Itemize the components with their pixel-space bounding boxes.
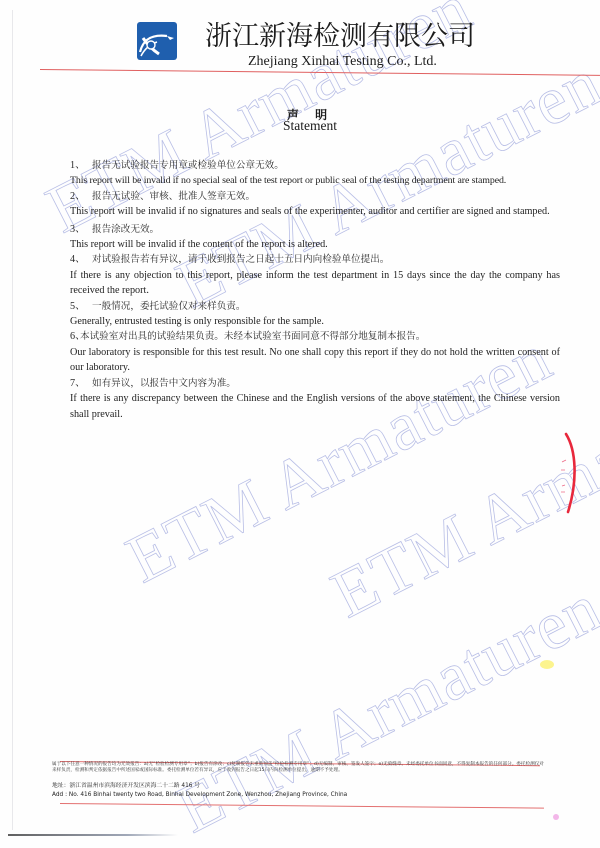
item-number: 5、 (70, 299, 92, 314)
statement-item: 6、本试验室对出具的试验结果负责。未经本试验室书面同意不得部分地复制本报告。 O… (70, 329, 560, 375)
document-page: ETM Armaturen ETM Armaturen ETM Armature… (0, 0, 600, 848)
signature-mark-icon (556, 430, 586, 520)
item-number: 4、 (70, 252, 92, 267)
statement-item: 5、一般情况，委托试验仅对来样负责。 Generally, entrusted … (70, 299, 560, 330)
item-text-cn: 对试验报告若有异议，请于收到报告之日起十五日内向检验单位提出。 (92, 254, 389, 265)
item-text-en: This report will be invalid if no specia… (70, 173, 560, 188)
scan-speck (553, 814, 559, 820)
item-text-cn: 本试验室对出具的试验结果负责。未经本试验室书面同意不得部分地复制本报告。 (80, 331, 425, 342)
statement-item: 1、报告无试验报告专用章或检验单位公章无效。 This report will … (70, 158, 560, 189)
address-en: No. 416 Binhai twenty two Road, Binhai D… (69, 792, 347, 798)
footer-validity-note: 属于以下任意一种情况的报告均为无效报告：a)无“检验检测专用章”；b)报告有涂改… (52, 762, 547, 775)
address-cn: 浙江省温州市滨海经济开发区滨海二十二路 416 号 (69, 783, 200, 789)
statement-item: 2、报告无试验、审核、批准人签章无效。 This report will be … (70, 189, 560, 220)
header-divider (40, 69, 600, 76)
item-text-en: Generally, entrusted testing is only res… (70, 314, 560, 329)
scan-edge-mark (8, 834, 178, 836)
item-number: 7、 (70, 376, 92, 391)
statement-item: 4、对试验报告若有异议，请于收到报告之日起十五日内向检验单位提出。 If the… (70, 252, 560, 298)
item-number: 3、 (70, 222, 92, 237)
address-cn-label: 地址： (52, 783, 69, 789)
address-en-label: Add : (52, 792, 67, 798)
item-text-en: If there is any objection to this report… (70, 268, 560, 299)
statement-list: 1、报告无试验报告专用章或检验单位公章无效。 This report will … (70, 158, 560, 422)
item-number: 2、 (70, 189, 92, 204)
item-text-cn: 报告涂改无效。 (92, 224, 159, 235)
item-text-cn: 一般情况，委托试验仅对来样负责。 (92, 301, 246, 312)
item-text-en: This report will be invalid if the conte… (70, 237, 560, 252)
item-text-en: This report will be invalid if no signat… (70, 204, 560, 219)
statement-item: 7、如有异议，以报告中文内容为准。 If there is any discre… (70, 376, 560, 422)
item-text-cn: 如有异议，以报告中文内容为准。 (92, 378, 236, 389)
statement-title-en: Statement (0, 118, 600, 134)
item-text-cn: 报告无试验、审核、批准人签章无效。 (92, 191, 255, 202)
item-text-en: Our laboratory is responsible for this t… (70, 345, 560, 376)
item-text-cn: 报告无试验报告专用章或检验单位公章无效。 (92, 160, 284, 171)
item-text-en: If there is any discrepancy between the … (70, 391, 560, 422)
company-logo-icon (137, 22, 177, 60)
company-name-en: Zhejiang Xinhai Testing Co., Ltd. (248, 54, 437, 70)
footer-divider-bottom (60, 803, 544, 809)
statement-item: 3、报告涂改无效。 This report will be invalid if… (70, 222, 560, 253)
scan-speck (540, 660, 554, 669)
footer-address: 地址：浙江省温州市滨海经济开发区滨海二十二路 416 号 Add : No. 4… (52, 782, 347, 800)
company-name-cn: 浙江新海检测有限公司 (205, 14, 475, 53)
item-number: 6、 (70, 329, 80, 344)
item-number: 1、 (70, 158, 92, 173)
